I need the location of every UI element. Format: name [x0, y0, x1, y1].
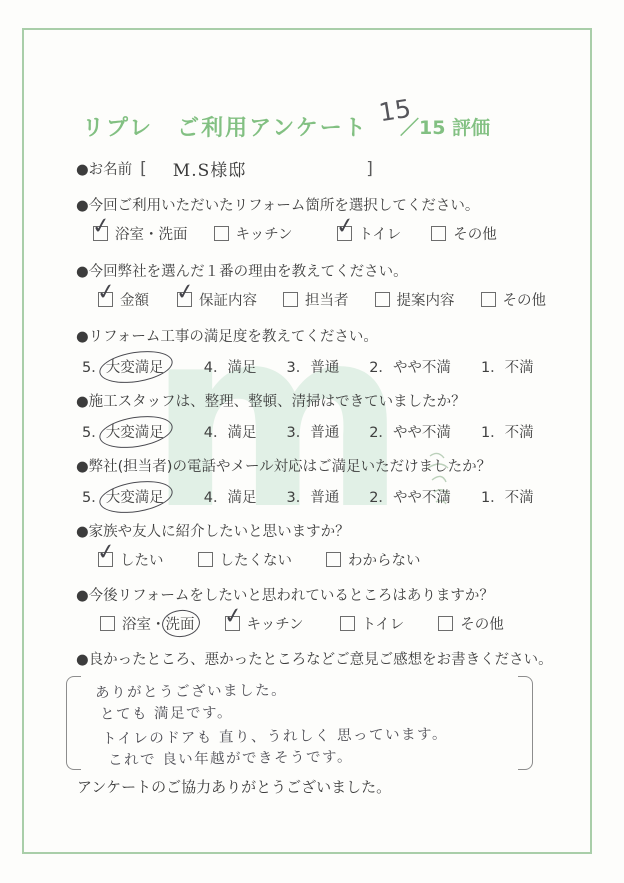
checkbox-price: [98, 292, 113, 307]
option-no: したくない: [198, 549, 293, 570]
rating-4: 4．満足: [204, 486, 257, 507]
checkbox-other2: [481, 292, 496, 307]
checkbox-unsure: [326, 552, 341, 567]
circled-word: 洗面: [166, 613, 195, 634]
score-total-label: ／15 評価: [400, 113, 490, 140]
comment-prompt: ●良かったところ、悪かったところなどご意見ご感想をお書きください。: [76, 648, 553, 669]
question-staff-tidiness: ●施工スタッフは、整理、整頓、清掃はできていましたか？: [76, 390, 466, 411]
question-future-options: 浴室・洗面 キッチン トイレ その他: [100, 613, 504, 634]
comment-box-left-bracket: [66, 676, 81, 770]
question-reform-location: ●今回ご利用いただいたリフォーム箇所を選択してください。: [76, 194, 479, 215]
rating-3: 3．普通: [286, 421, 339, 442]
rating-1: 1．不満: [481, 486, 534, 507]
question-recommend: ●家族や友人に紹介したいと思いますか？: [76, 520, 350, 541]
checkbox-staff: [283, 292, 298, 307]
checkbox-warranty: [177, 292, 192, 307]
option-other2: その他: [481, 289, 547, 310]
option-bathroom: 浴室・洗面: [93, 223, 188, 244]
checkbox-proposal: [375, 292, 390, 307]
option-warranty: 保証内容: [177, 289, 257, 310]
name-value: M.S様邸: [173, 156, 246, 181]
closing-thanks: アンケートのご協力ありがとうございました。: [77, 776, 391, 797]
rating-3: 3．普通: [286, 486, 339, 507]
rating-row-work: 5．大変満足 4．満足 3．普通 2．やや不満 1．不満: [82, 356, 534, 377]
circled-answer: 大変満足: [106, 421, 164, 442]
rating-5: 5．大変満足: [82, 421, 164, 442]
comment-line-2: とても 満足です。: [100, 701, 233, 724]
option-staff: 担当者: [283, 289, 349, 310]
checkbox-no: [198, 552, 213, 567]
option-bathroom-future: 浴室・洗面: [100, 613, 195, 634]
option-unsure: わからない: [326, 549, 421, 570]
rating-row-tidiness: 5．大変満足 4．満足 3．普通 2．やや不満 1．不満: [82, 421, 534, 442]
checkbox-other: [431, 226, 446, 241]
checkbox-bathroom: [93, 226, 108, 241]
checkbox-toilet-future: [340, 616, 355, 631]
rating-2: 2．やや不満: [369, 421, 451, 442]
option-proposal: 提案内容: [375, 289, 455, 310]
checkbox-kitchen-future: [225, 616, 240, 631]
survey-scan-page: m リプレ ご利用アンケート 15 ／15 評価 ●お名前 [ M.S様邸 ] …: [0, 0, 624, 883]
comment-box-right-bracket: [518, 676, 533, 770]
rating-5: 5．大変満足: [82, 356, 164, 377]
checkbox-bathroom-future: [100, 616, 115, 631]
name-label: ●お名前: [76, 158, 132, 179]
circled-answer: 大変満足: [106, 356, 164, 377]
checkbox-kitchen: [214, 226, 229, 241]
option-kitchen-future: キッチン: [225, 613, 304, 634]
rating-5: 5．大変満足: [82, 486, 164, 507]
option-other-future: その他: [438, 613, 504, 634]
name-bracket-open: [: [140, 159, 147, 179]
name-row: ●お名前 [ M.S様邸 ]: [76, 156, 373, 181]
question-phone-mail: ●弊社(担当者)の電話やメール対応はご満足いただけましたか？: [76, 455, 491, 476]
checkbox-other-future: [438, 616, 453, 631]
checkbox-toilet: [337, 226, 352, 241]
option-other: その他: [431, 223, 497, 244]
name-bracket-close: ]: [366, 159, 373, 179]
option-yes: したい: [98, 549, 164, 570]
question-reform-location-options: 浴室・洗面 キッチン トイレ その他: [93, 223, 497, 244]
option-price: 金額: [98, 289, 149, 310]
rating-2: 2．やや不満: [369, 356, 451, 377]
question-satisfaction-work: ●リフォーム工事の満足度を教えてください。: [76, 325, 378, 346]
option-kitchen: キッチン: [214, 223, 293, 244]
question-reason-options: 金額 保証内容 担当者 提案内容 その他: [98, 289, 546, 310]
rating-row-contact: 5．大変満足 4．満足 3．普通 2．やや不満 1．不満: [82, 486, 534, 507]
option-toilet-future: トイレ: [340, 613, 405, 634]
option-toilet: トイレ: [337, 223, 402, 244]
checkbox-yes: [98, 552, 113, 567]
rating-3: 3．普通: [286, 356, 339, 377]
rating-4: 4．満足: [204, 421, 257, 442]
rating-1: 1．不満: [481, 356, 534, 377]
circled-answer: 大変満足: [106, 486, 164, 507]
comment-line-4: これで 良い年越ができそうです。: [108, 745, 353, 769]
rating-2: 2．やや不満: [369, 486, 451, 507]
question-future-reform: ●今後リフォームをしたいと思われているところはありますか？: [76, 584, 494, 605]
rating-4: 4．満足: [204, 356, 257, 377]
question-recommend-options: したい したくない わからない: [98, 549, 421, 570]
comment-line-1: ありがとうございました。: [95, 679, 287, 703]
question-reason: ●今回弊社を選んだ１番の理由を教えてください。: [76, 260, 408, 281]
page-title: リプレ ご利用アンケート: [82, 111, 368, 142]
rating-1: 1．不満: [481, 421, 534, 442]
